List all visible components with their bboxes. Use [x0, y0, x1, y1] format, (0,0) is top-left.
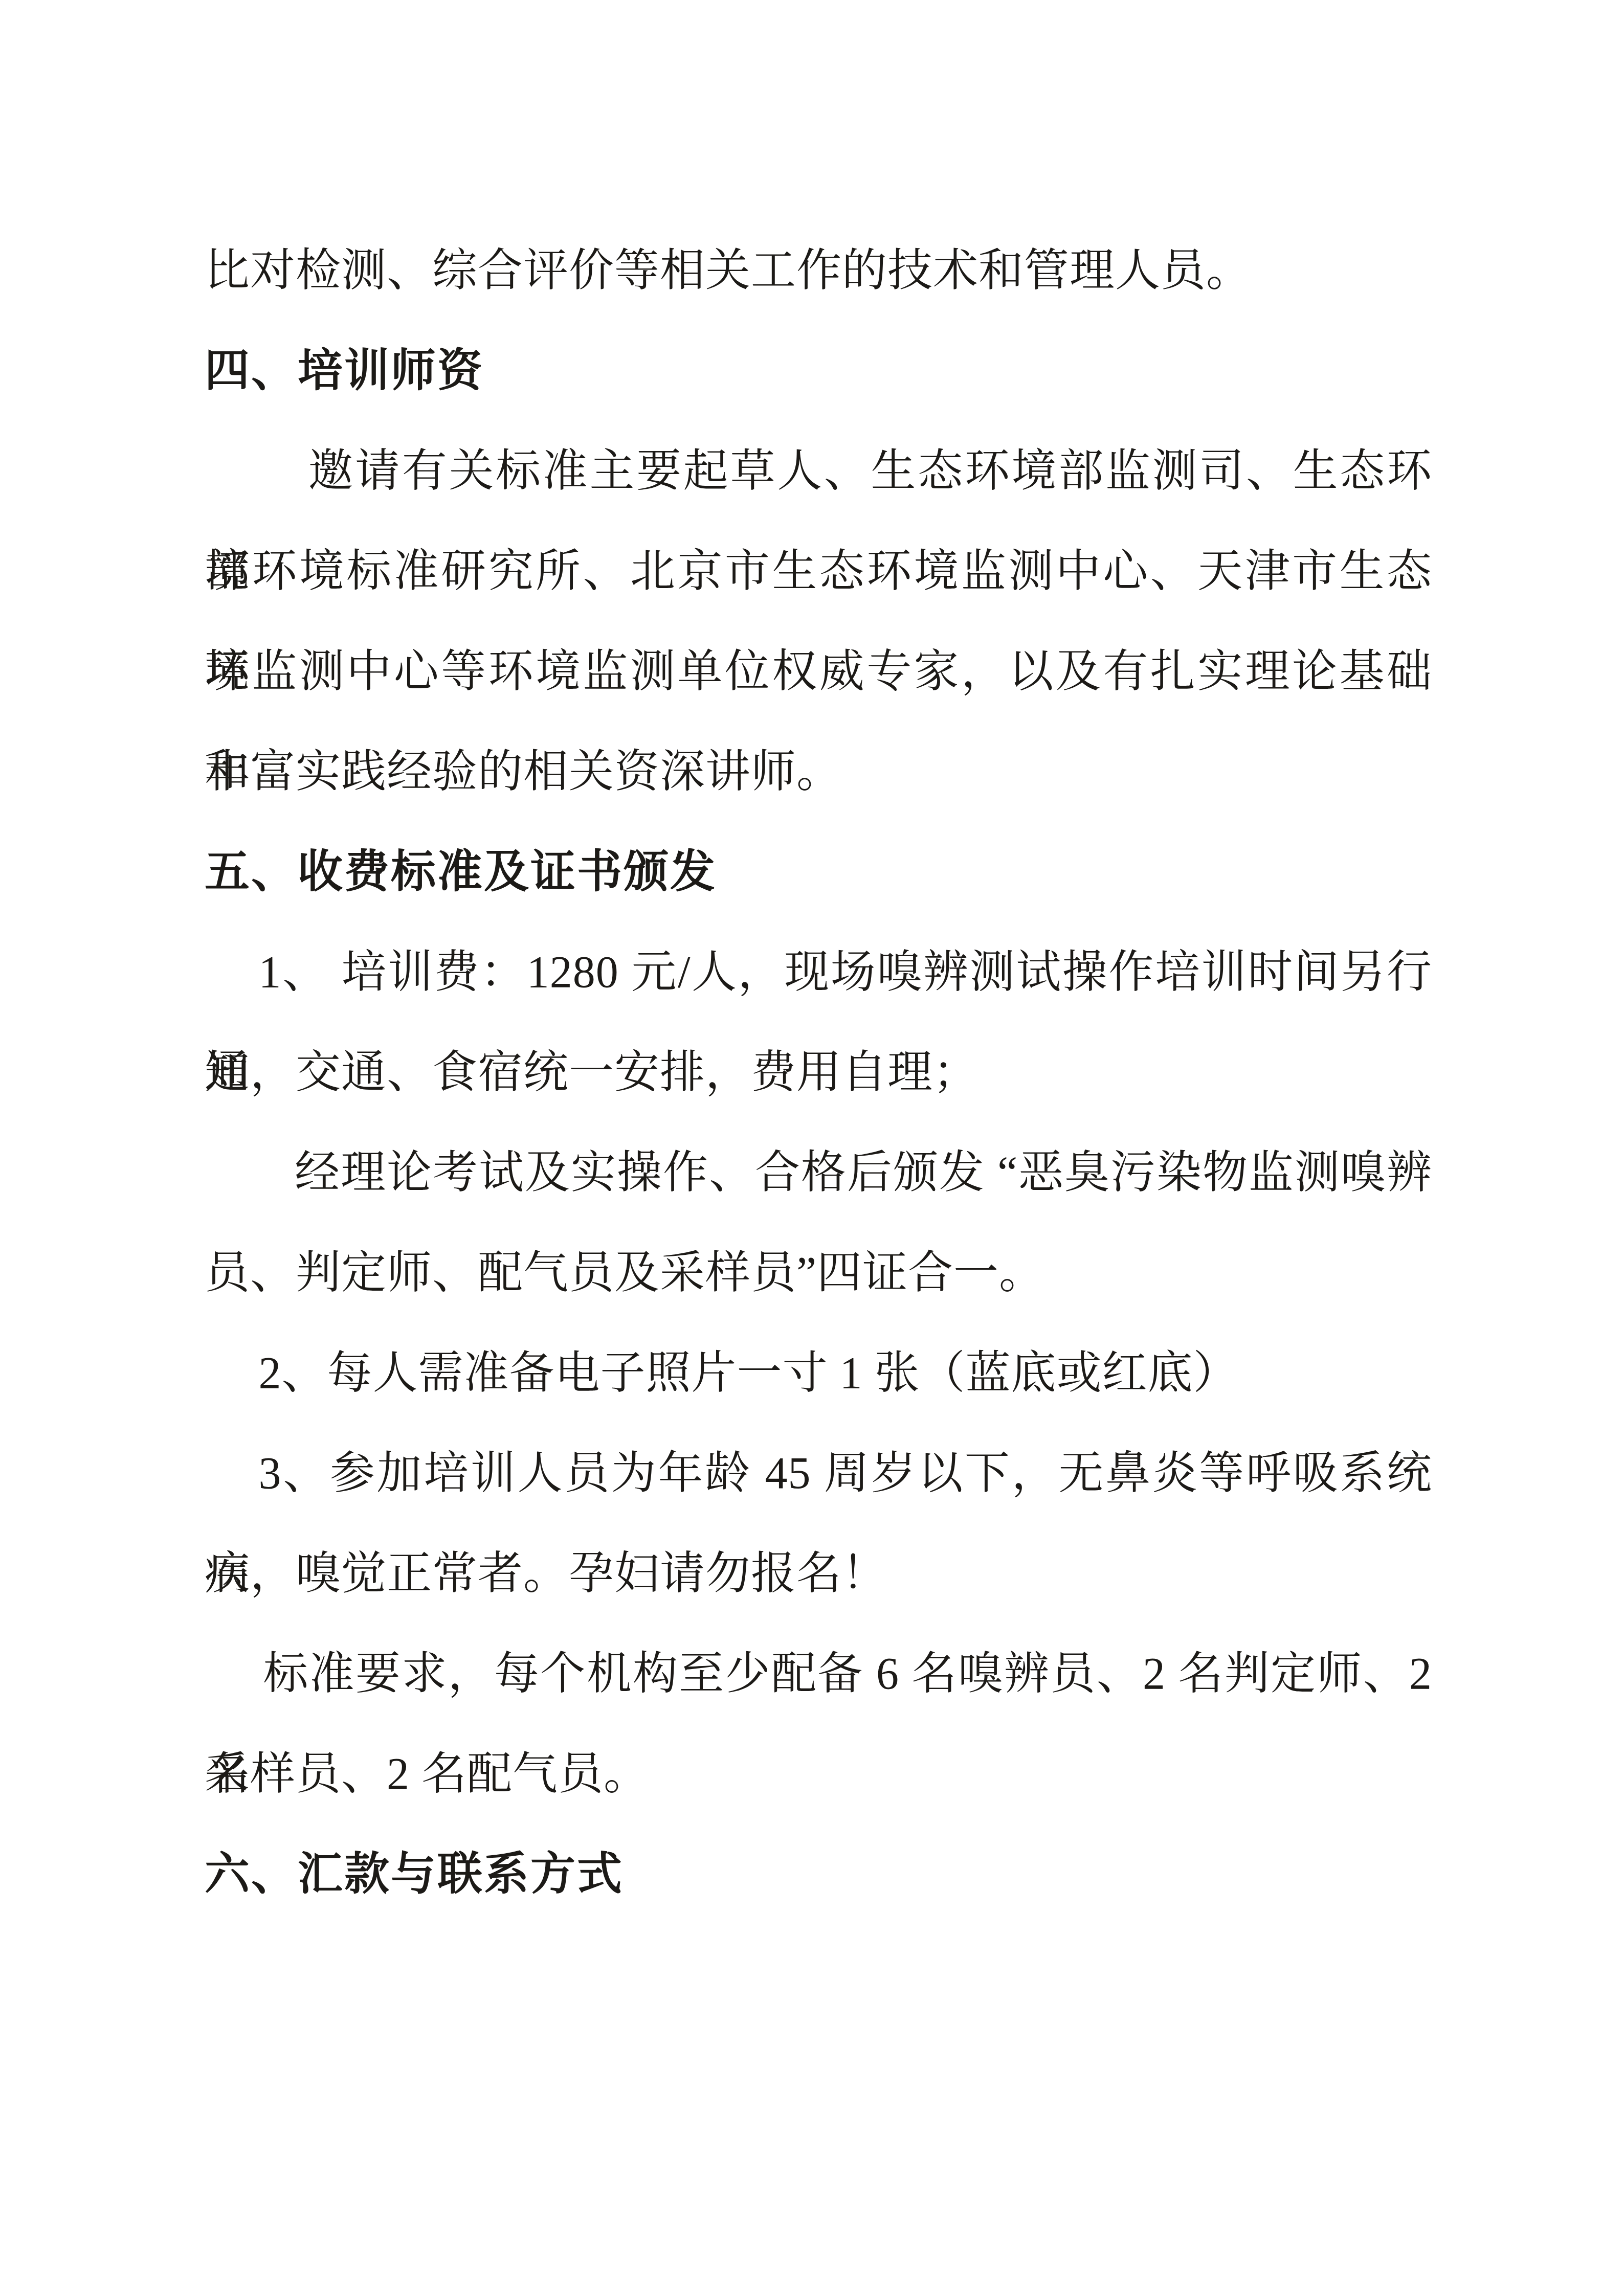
text-line: 境监测中心等环境监测单位权威专家，以及有扎实理论基础和 [205, 622, 1432, 722]
document-page: 比对检测、综合评价等相关工作的技术和管理人员。 四、培训师资 邀请有关标准主要起… [0, 0, 1624, 2296]
text-line: 病，嗅觉正常者。孕妇请勿报名！ [205, 1524, 1432, 1624]
text-line: 知，交通、食宿统一安排，费用自理； [205, 1023, 1432, 1123]
text-line: 采样员、2 名配气员。 [205, 1724, 1432, 1825]
heading-fees-certificates: 五、收费标准及证书颁发 [205, 822, 1432, 922]
text-line: 员、判定师、配气员及采样员”四证合一。 [205, 1223, 1432, 1323]
text-line: 经理论考试及实操作、合格后颁发 “恶臭污染物监测嗅辨 [205, 1123, 1432, 1223]
text-line: 丰富实践经验的相关资深讲师。 [205, 722, 1432, 822]
text-line: 标准要求，每个机构至少配备 6 名嗅辨员、2 名判定师、2 名 [205, 1624, 1432, 1724]
text-line-item-3: 3、参加培训人员为年龄 45 周岁以下，无鼻炎等呼吸系统疾 [205, 1424, 1432, 1524]
text-line-item-1: 1、 培训费：1280 元/人，现场嗅辨测试操作培训时间另行通 [205, 922, 1432, 1023]
text-line: 邀请有关标准主要起草人、生态环境部监测司、生态环境 [205, 421, 1432, 522]
text-line: 比对检测、综合评价等相关工作的技术和管理人员。 [205, 221, 1432, 321]
heading-payment-contact: 六、汇款与联系方式 [205, 1825, 1432, 1925]
text-line-item-2: 2、每人需准备电子照片一寸 1 张（蓝底或红底） [205, 1323, 1432, 1424]
text-line: 部环境标准研究所、北京市生态环境监测中心、天津市生态环 [205, 522, 1432, 622]
document-text-block: 比对检测、综合评价等相关工作的技术和管理人员。 四、培训师资 邀请有关标准主要起… [205, 221, 1432, 1925]
heading-training-faculty: 四、培训师资 [205, 321, 1432, 421]
